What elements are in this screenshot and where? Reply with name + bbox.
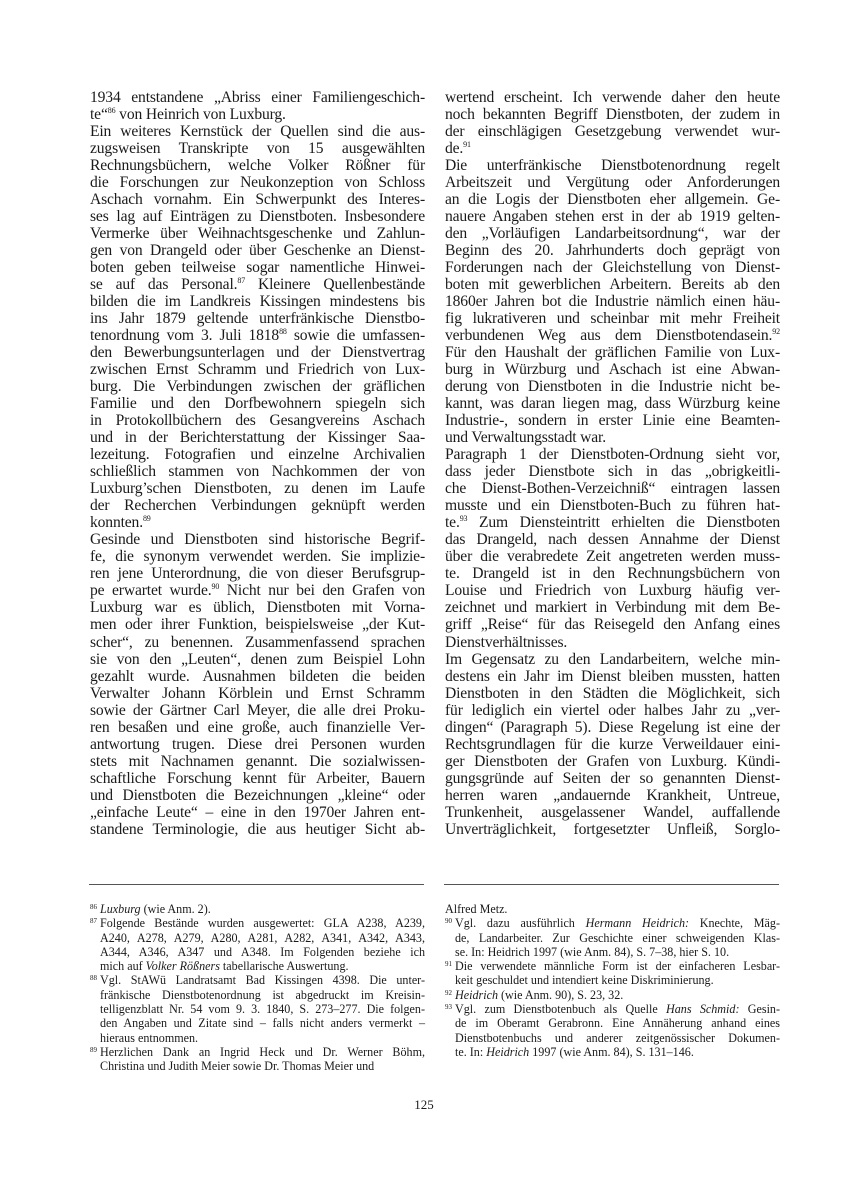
text-line: gungsgründe auf Seiten der so genannten … [445, 770, 780, 787]
text-line: den Bewerbungsunterlagen und der Dienstv… [90, 344, 425, 361]
text-line: men oder ihrer Funktion, beispielsweise … [90, 616, 425, 633]
text-line: che Dienst-Bothen-Verzeichniß“ eintragen… [445, 480, 780, 497]
footnote-line: de, Landarbeiter. Zur Geschichte einer s… [455, 931, 780, 945]
text-line: lezeitung. Fotografien und einzelne Arch… [90, 446, 425, 463]
footnote-line: Vgl. zum Dienstbotenbuch als Quelle Hans… [455, 1002, 780, 1016]
text-line: musste und ein Dienstboten-Buch zu führe… [445, 497, 780, 514]
text-line: Im Gegensatz zu den Landarbeitern, welch… [445, 651, 780, 668]
text-line: gezahlt wurde. Ausnahmen bildeten die be… [90, 668, 425, 685]
footnote-line: te. In: Heidrich 1997 (wie Anm. 84), S. … [455, 1045, 780, 1059]
footnote-line: de im Oberamt Gerabronn. Eine Annäherung… [455, 1016, 780, 1030]
text-line: griff „Reise“ für das Reisegeld den Anfa… [445, 616, 780, 633]
text-line: Luxburg war es üblich, Dienstboten mit V… [90, 599, 425, 616]
text-line: Louise und Friedrich von Luxburg häufig … [445, 582, 780, 599]
footnote-ref[interactable]: 93 [460, 514, 468, 523]
footnote: 93Vgl. zum Dienstbotenbuch als Quelle Ha… [445, 1002, 780, 1059]
text-line: Gesinde und Dienstboten sind historische… [90, 531, 425, 548]
text-line: 1860er Jahren bot die Industrie nämlich … [445, 293, 780, 310]
footnote-line: Vgl. StAWü Landratsamt Bad Kissingen 439… [100, 973, 425, 987]
text-line: Industrie-, sondern in erster Linie eine… [445, 412, 780, 429]
footnote-ref[interactable]: 90 [211, 582, 219, 591]
text-line: nauere Angaben stehen erst in der ab 191… [445, 208, 780, 225]
footnote: 88Vgl. StAWü Landratsamt Bad Kissingen 4… [90, 973, 425, 1044]
text-line: boten mit gewerblichen Arbeitern. Bereit… [445, 276, 780, 293]
footnote: 91Die verwendete männliche Form ist der … [445, 959, 780, 988]
text-line: zugsweisen Transkripte von 15 ausgewählt… [90, 140, 425, 157]
text-line: der Recherchen Verbindungen geknüpft wer… [90, 497, 425, 514]
text-line: Dienstboten in den Städten die Möglichke… [445, 685, 780, 702]
text-line: und Verwaltungsstadt war. [445, 429, 780, 446]
footnote-number: 89 [90, 1045, 97, 1055]
text-line: standene Terminologie, die aus heutiger … [90, 821, 425, 838]
footnote: 92Heidrich (wie Anm. 90), S. 23, 32. [445, 988, 780, 1002]
footnote-number: 86 [90, 902, 97, 912]
text-line: bilden die im Landkreis Kissingen mindes… [90, 293, 425, 310]
text-line: und Dienstboten die Bezeichnungen „klein… [90, 787, 425, 804]
text-line: für lediglich ein viertel oder halbes Ja… [445, 702, 780, 719]
text-line: Forderungen nach der Gleichstellung von … [445, 259, 780, 276]
footnote-number: 90 [445, 916, 452, 926]
footnote-number: 92 [445, 988, 452, 998]
footnote: 86Luxburg (wie Anm. 2). [90, 902, 425, 916]
text-line: Rechnungsbüchern, welche Volker Rößner f… [90, 157, 425, 174]
text-line: antwortung trugen. Diese drei Personen w… [90, 736, 425, 753]
text-line: se auf das Personal.87 Kleinere Quellenb… [90, 276, 425, 293]
text-line: ses lag auf Einträgen zu Dienstboten. In… [90, 208, 425, 225]
footnote-line: Vgl. dazu ausführlich Hermann Heidrich: … [455, 916, 780, 930]
footnote-line: Dienstbotenbuchs und anderer zeitgenössi… [455, 1031, 780, 1045]
text-line: herren waren „andauernde Krankheit, Untr… [445, 787, 780, 804]
text-line: dass jeder Dienstbote sich in das „obrig… [445, 463, 780, 480]
text-line: Die unterfränkische Dienstbotenordnung r… [445, 157, 780, 174]
footnote-number: 88 [90, 973, 97, 983]
footnote-line: telligenzblatt Nr. 54 vom 9. 3. 1840, S.… [100, 1002, 425, 1016]
footnote: 87Folgende Bestände wurden ausgewertet: … [90, 916, 425, 973]
text-line: Für den Haushalt der gräflichen Familie … [445, 344, 780, 361]
text-line: ins Jahr 1879 geltende unterfränkische D… [90, 310, 425, 327]
footnote-line: Heidrich (wie Anm. 90), S. 23, 32. [455, 988, 780, 1002]
text-line: wertend erscheint. Ich verwende daher de… [445, 89, 780, 106]
body-column-right: wertend erscheint. Ich verwende daher de… [445, 89, 780, 838]
text-line: zeichnet und markiert in Verbindung mit … [445, 599, 780, 616]
text-line: den „Vorläufigen Landarbeitsordnung“, wa… [445, 225, 780, 242]
footnote: Alfred Metz. [445, 902, 780, 916]
footnote-number: 87 [90, 916, 97, 926]
text-line: de.91 [445, 140, 780, 157]
text-line: te.93 Zum Diensteintritt erhielten die D… [445, 514, 780, 531]
footnote-ref[interactable]: 91 [463, 140, 471, 149]
text-line: Dienstverhältnisses. [445, 634, 780, 651]
text-line: ren jene Unterordnung, die von dieser Be… [90, 565, 425, 582]
text-line: verbundenen Weg aus dem Dienstbotendasei… [445, 327, 780, 344]
footnote-line: Herzlichen Dank an Ingrid Heck und Dr. W… [100, 1045, 425, 1059]
footnote-line: mich auf Volker Rößners tabellarische Au… [100, 959, 425, 973]
text-line: Luxburg’schen Dienstboten, zu denen im L… [90, 480, 425, 497]
text-line: konnten.89 [90, 514, 425, 531]
footnote-line: Luxburg (wie Anm. 2). [100, 902, 425, 916]
text-line: burg in Würzburg und Aschach ist eine Ab… [445, 361, 780, 378]
text-line: dingen“ (Paragraph 5). Diese Regelung is… [445, 719, 780, 736]
text-line: das Drangeld, nach dessen Annahme der Di… [445, 531, 780, 548]
text-line: Ein weiteres Kernstück der Quellen sind … [90, 123, 425, 140]
text-line: die Forschungen zur Neukonzeption von Sc… [90, 174, 425, 191]
footnote: 89Herzlichen Dank an Ingrid Heck und Dr.… [90, 1045, 425, 1074]
text-line: te. Drangeld ist in den Rechnungsbüchern… [445, 565, 780, 582]
text-line: burg. Die Verbindungen zwischen der gräf… [90, 378, 425, 395]
footnote-separator-left [89, 884, 424, 885]
text-line: derung von Dienstboten in die Industrie … [445, 378, 780, 395]
text-line: über die verabredete Zeit angetreten wer… [445, 548, 780, 565]
text-line: gen von Drangeld oder über Geschenke an … [90, 242, 425, 259]
text-line: Paragraph 1 der Dienstboten-Ordnung sieh… [445, 446, 780, 463]
text-line: pe erwartet wurde.90 Nicht nur bei den G… [90, 582, 425, 599]
footnote-ref[interactable]: 89 [143, 514, 151, 523]
text-line: ren besaßen und eine große, auch finanzi… [90, 719, 425, 736]
footnote-line: Die verwendete männliche Form ist der ei… [455, 959, 780, 973]
text-line: sowie der Gärtner Carl Meyer, die alle d… [90, 702, 425, 719]
text-line: Beginn des 20. Jahrhunderts doch geprägt… [445, 242, 780, 259]
body-text-left: 1934 entstandene „Abriss einer Familieng… [90, 89, 425, 838]
footnote-ref[interactable]: 87 [237, 276, 245, 285]
footnote-number: 93 [445, 1002, 452, 1012]
footnote-ref[interactable]: 92 [772, 327, 780, 336]
text-line: 1934 entstandene „Abriss einer Familieng… [90, 89, 425, 106]
text-line: noch bekannten Begriff Dienstboten, der … [445, 106, 780, 123]
text-line: Familie und den Dorfbewohnern spiegeln s… [90, 395, 425, 412]
footnote-line: den Angaben und Zitate sind – falls nich… [100, 1016, 425, 1030]
page-number: 125 [0, 1097, 848, 1113]
footnote-line: se. In: Heidrich 1997 (wie Anm. 84), S. … [455, 945, 780, 959]
body-text-right: wertend erscheint. Ich verwende daher de… [445, 89, 780, 838]
text-line: te“86 von Heinrich von Luxburg. [90, 106, 425, 123]
footnote: 90Vgl. dazu ausführlich Hermann Heidrich… [445, 916, 780, 959]
text-line: Arbeitszeit und Vergütung oder Anforderu… [445, 174, 780, 191]
footnote-separator-right [444, 884, 779, 885]
footnote-line: A344, A346, A347 und A348. Im Folgenden … [100, 945, 425, 959]
footnote-number: 91 [445, 959, 452, 969]
footnote-line: A240, A278, A279, A280, A281, A282, A341… [100, 931, 425, 945]
text-line: Trunkenheit, ausgelassener Wandel, auffa… [445, 804, 780, 821]
text-line: Unverträglichkeit, fortgesetzter Unfleiß… [445, 821, 780, 838]
body-column-left: 1934 entstandene „Abriss einer Familieng… [90, 89, 425, 838]
text-line: schließlich stammen von Nachkommen der v… [90, 463, 425, 480]
text-line: tenordnung vom 3. Juli 181888 sowie die … [90, 327, 425, 344]
text-line: sie von den „Leuten“, denen zum Beispiel… [90, 651, 425, 668]
footnote-line: fränkische Dienstbotenordnung ist abgedr… [100, 988, 425, 1002]
footnote-ref[interactable]: 88 [279, 327, 287, 336]
text-line: Rechtsgrundlagen für die kurze Verweilda… [445, 736, 780, 753]
text-line: an die Logis der Dienstboten eher allgem… [445, 191, 780, 208]
text-line: boten geben teilweise sogar namentliche … [90, 259, 425, 276]
footnote-line: Folgende Bestände wurden ausgewertet: GL… [100, 916, 425, 930]
text-line: und in der Berichterstattung der Kissing… [90, 429, 425, 446]
text-line: „einfache Leute“ – eine in den 1970er Ja… [90, 804, 425, 821]
text-line: der einschlägigen Gesetzgebung verwendet… [445, 123, 780, 140]
footnote-line: keit geschuldet und intendiert keine Dis… [455, 973, 780, 987]
footnotes-right: Alfred Metz.90Vgl. dazu ausführlich Herm… [445, 902, 780, 1059]
text-line: stets mit Nachnamen genannt. Die sozialw… [90, 753, 425, 770]
text-line: Aschach vornahm. Ein Schwerpunkt des Int… [90, 191, 425, 208]
text-line: scher“, zu benennen. Zusammenfassend spr… [90, 634, 425, 651]
text-line: Verwalter Johann Körblein und Ernst Schr… [90, 685, 425, 702]
text-line: in Protokollbüchern des Gesangvereins As… [90, 412, 425, 429]
text-line: schaftliche Forschung kennt für Arbeiter… [90, 770, 425, 787]
text-line: zwischen Ernst Schramm und Friedrich von… [90, 361, 425, 378]
text-line: destens ein Jahr im Dienst bleiben musst… [445, 668, 780, 685]
text-line: kannt, was daran liegen mag, dass Würzbu… [445, 395, 780, 412]
footnote-line: Christina und Judith Meier sowie Dr. Tho… [100, 1059, 425, 1073]
text-line: fig lukrativeren und scheinbar mit mehr … [445, 310, 780, 327]
footnote-line: hieraus entnommen. [100, 1031, 425, 1045]
footnote-ref[interactable]: 86 [108, 106, 116, 115]
footnotes-left: 86Luxburg (wie Anm. 2).87Folgende Bestän… [90, 902, 425, 1074]
text-line: Vermerke über Weihnachtsgeschenke und Za… [90, 225, 425, 242]
text-line: ger Dienstboten der Grafen von Luxburg. … [445, 753, 780, 770]
footnote-line: Alfred Metz. [445, 902, 780, 916]
text-line: fe, die synonym verwendet werden. Sie im… [90, 548, 425, 565]
